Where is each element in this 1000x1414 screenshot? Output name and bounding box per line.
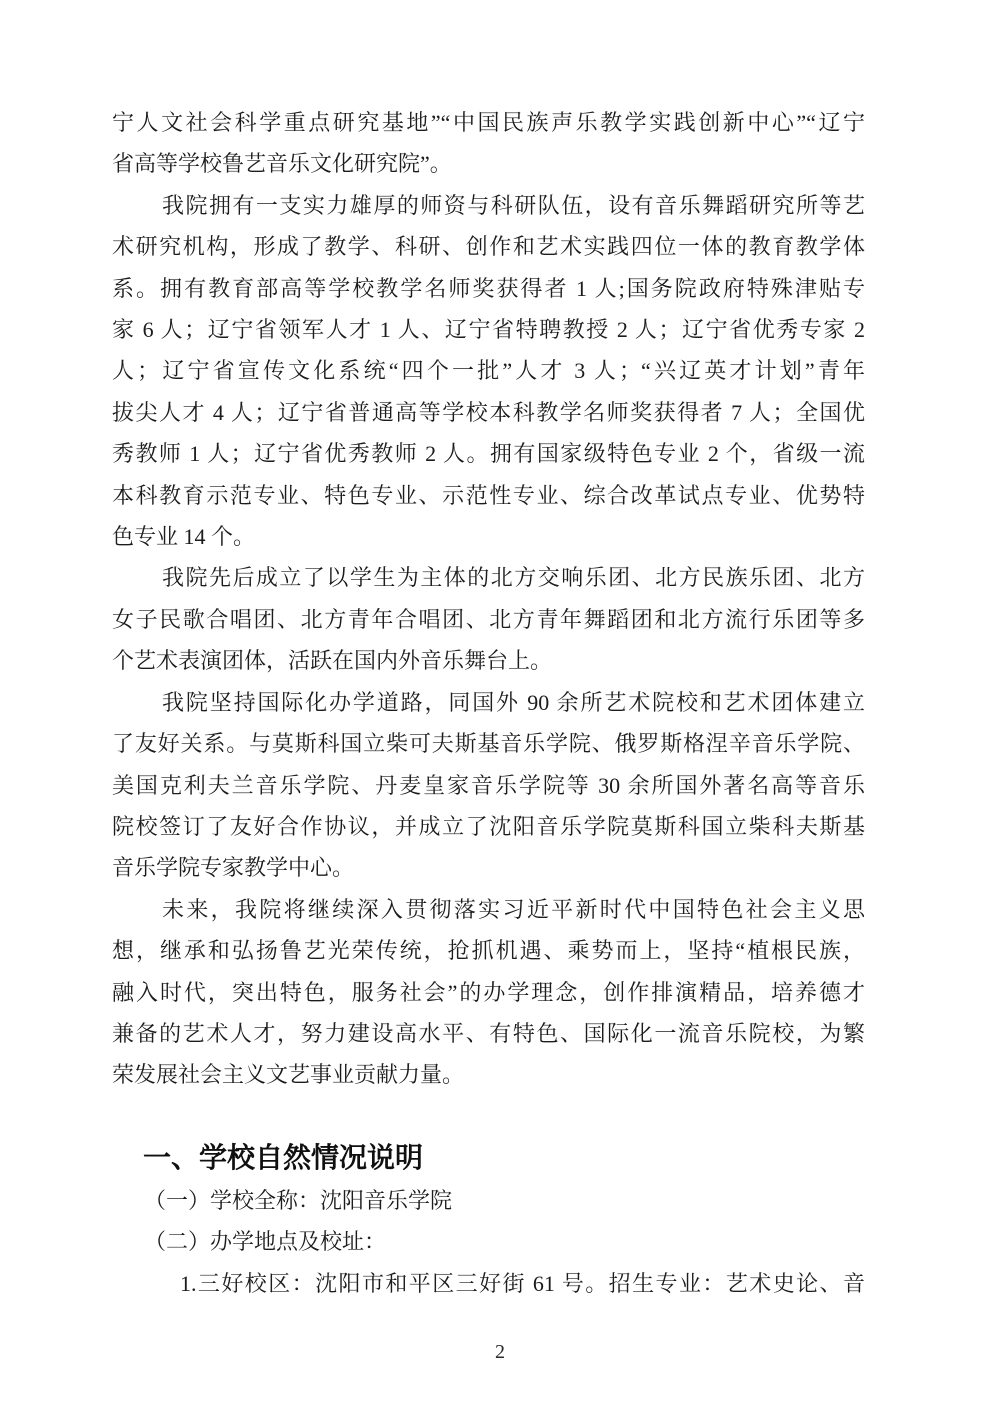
body-line: 我院坚持国际化办学道路，同国外 90 余所艺术院校和艺术团体建立 — [112, 682, 865, 723]
section-heading: 一、学校自然情况说明 — [112, 1136, 865, 1180]
section-line: （二）办学地点及校址： — [112, 1221, 865, 1262]
body-line: 本科教育示范专业、特色专业、示范性专业、综合改革试点专业、优势特 — [112, 475, 865, 516]
body-line: 融入时代，突出特色，服务社会”的办学理念，创作排演精品，培养德才 — [112, 972, 865, 1013]
body-line: 院校签订了友好合作协议，并成立了沈阳音乐学院莫斯科国立柴科夫斯基 — [112, 806, 865, 847]
body-line: 系。拥有教育部高等学校教学名师奖获得者 1 人;国务院政府特殊津贴专 — [112, 268, 865, 309]
body-line: 未来，我院将继续深入贯彻落实习近平新时代中国特色社会主义思 — [112, 889, 865, 930]
body-line: 术研究机构，形成了教学、科研、创作和艺术实践四位一体的教育教学体 — [112, 226, 865, 267]
body-line: 人；辽宁省宣传文化系统“四个一批”人才 3 人；“兴辽英才计划”青年 — [112, 350, 865, 391]
body-line: 家 6 人；辽宁省领军人才 1 人、辽宁省特聘教授 2 人；辽宁省优秀专家 2 — [112, 309, 865, 350]
body-line: 美国克利夫兰音乐学院、丹麦皇家音乐学院等 30 余所国外著名高等音乐 — [112, 765, 865, 806]
text-column: 宁人文社会科学重点研究基地”“中国民族声乐教学实践创新中心”“辽宁 省高等学校鲁… — [112, 102, 865, 1304]
section-line: （一）学校全称：沈阳音乐学院 — [112, 1180, 865, 1221]
body-line: 了友好关系。与莫斯科国立柴可夫斯基音乐学院、俄罗斯格涅辛音乐学院、 — [112, 723, 865, 764]
page-number: 2 — [0, 1341, 1000, 1364]
body-line: 兼备的艺术人才，努力建设高水平、有特色、国际化一流音乐院校，为繁 — [112, 1013, 865, 1054]
body-line: 女子民歌合唱团、北方青年合唱团、北方青年舞蹈团和北方流行乐团等多 — [112, 599, 865, 640]
body-line: 个艺术表演团体，活跃在国内外音乐舞台上。 — [112, 640, 865, 681]
body-line: 色专业 14 个。 — [112, 516, 865, 557]
body-line: 秀教师 1 人；辽宁省优秀教师 2 人。拥有国家级特色专业 2 个，省级一流 — [112, 433, 865, 474]
body-line: 音乐学院专家教学中心。 — [112, 847, 865, 888]
body-line: 荣发展社会主义文艺事业贡献力量。 — [112, 1054, 865, 1095]
body-line: 想，继承和弘扬鲁艺光荣传统，抢抓机遇、乘势而上，坚持“植根民族， — [112, 930, 865, 971]
body-line: 我院拥有一支实力雄厚的师资与科研队伍，设有音乐舞蹈研究所等艺 — [112, 185, 865, 226]
body-line: 我院先后成立了以学生为主体的北方交响乐团、北方民族乐团、北方 — [112, 557, 865, 598]
body-line: 宁人文社会科学重点研究基地”“中国民族声乐教学实践创新中心”“辽宁 — [112, 102, 865, 143]
document-page: 宁人文社会科学重点研究基地”“中国民族声乐教学实践创新中心”“辽宁 省高等学校鲁… — [0, 0, 1000, 1414]
body-line: 省高等学校鲁艺音乐文化研究院”。 — [112, 143, 865, 184]
section-line: 1.三好校区：沈阳市和平区三好街 61 号。招生专业：艺术史论、音 — [112, 1263, 865, 1304]
body-line: 拔尖人才 4 人；辽宁省普通高等学校本科教学名师奖获得者 7 人；全国优 — [112, 392, 865, 433]
